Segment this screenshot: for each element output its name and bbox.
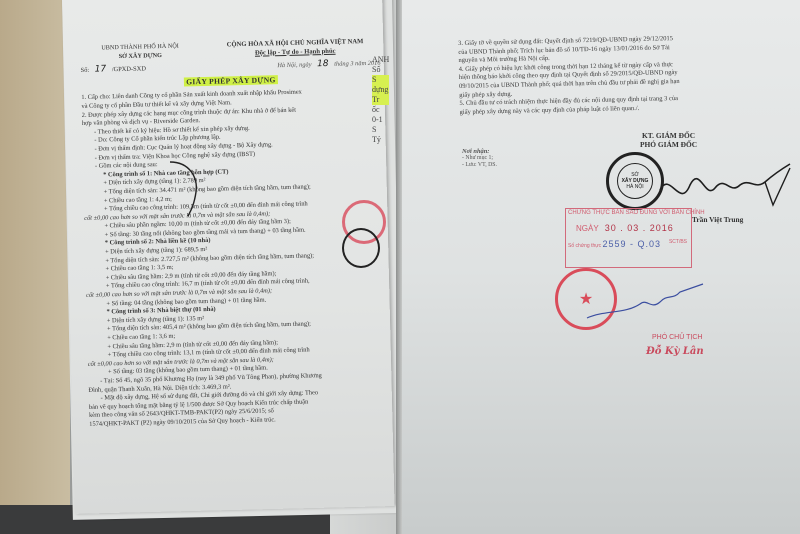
date-suffix: tháng 3 năm 2016 — [334, 60, 381, 68]
title-text: GIẤY PHÉP XÂY DỰNG — [184, 75, 278, 86]
certifier-signature — [585, 280, 705, 330]
table-surface — [0, 0, 70, 534]
republic-heading: CỘNG HÒA XÃ HỘI CHỦ NGHĨA VIỆT NAM Độc l… — [210, 38, 380, 59]
certification-stamp: CHỨNG THỰC BẢN SAO ĐÚNG VỚI BẢN CHÍNH NG… — [565, 208, 692, 268]
cert-book-label: Số chứng thực — [568, 243, 601, 249]
left-page: UBND THÀNH PHỐ HÀ NỘI SỞ XÂY DỰNG CỘNG H… — [80, 38, 389, 430]
recipient-item: - Lưu: VT, DS. — [462, 162, 497, 169]
cert-date-value: 30 . 03 . 2016 — [605, 223, 674, 233]
number-value: 17 — [95, 65, 107, 75]
certifier-title: PHÓ CHỦ TỊCH — [652, 334, 702, 341]
date-prefix: Hà Nội, ngày — [277, 62, 311, 70]
department-seal: SỞ XÂY DỰNG HÀ NỘI — [606, 152, 664, 210]
signature-title-line1: KT. GIÁM ĐỐC — [640, 131, 697, 140]
cert-date: NGÀY 30 . 03 . 2016 — [576, 223, 691, 233]
national-motto: Độc lập - Tự do - Hạnh phúc — [255, 47, 336, 56]
recipients-block: Nơi nhận: - Như mục 1; - Lưu: VT, DS. — [462, 148, 497, 169]
org-line2: SỞ XÂY DỰNG — [80, 51, 200, 63]
document-number-row: Số: 17 /GPXD-SXD Hà Nội, ngày 18 tháng 3… — [81, 59, 381, 76]
cert-book-value: 2559 - Q.03 — [603, 239, 662, 249]
recipient-item: - Như mục 1; — [462, 155, 497, 162]
cert-book-suffix: SCT/BS — [669, 239, 687, 249]
document-number: Số: 17 /GPXD-SXD — [81, 65, 147, 76]
number-suffix: /GPXD-SXD — [112, 66, 146, 74]
signature-title-line2: PHÓ GIÁM ĐỐC — [640, 140, 697, 149]
recipients-label: Nơi nhận: — [462, 148, 497, 155]
page-fold — [396, 0, 402, 534]
signature-title: KT. GIÁM ĐỐC PHÓ GIÁM ĐỐC — [640, 131, 697, 149]
signature-stroke-left — [150, 158, 210, 218]
org-line1: UBND THÀNH PHỐ HÀ NỘI — [101, 43, 179, 52]
seal-line3: HÀ NỘI — [626, 184, 643, 190]
cert-book-number: Số chứng thực 2559 - Q.03 SCT/BS — [566, 239, 691, 249]
certifier-name: Đỗ Kỳ Lân — [646, 346, 704, 357]
cert-title: CHỨNG THỰC BẢN SAO ĐÚNG VỚI BẢN CHÍNH — [566, 209, 691, 217]
signer-name: Trần Việt Trung — [692, 215, 743, 224]
cert-date-label: NGÀY — [576, 224, 599, 233]
right-page: 3. Giấy tờ về quyền sử dụng đất: Quyết đ… — [458, 33, 790, 118]
date-day: 18 — [317, 59, 329, 69]
document-date: Hà Nội, ngày 18 tháng 3 năm 2016 — [277, 59, 380, 71]
permit-conditions: 3. Giấy tờ về quyền sử dụng đất: Quyết đ… — [458, 33, 790, 118]
black-seal-partial — [342, 228, 380, 268]
number-label: Số: — [81, 67, 90, 74]
permit-body: 1. Cấp cho: Liên danh Công ty cổ phần Sả… — [81, 87, 389, 429]
issuing-org: UBND THÀNH PHỐ HÀ NỘI SỞ XÂY DỰNG — [80, 42, 200, 62]
